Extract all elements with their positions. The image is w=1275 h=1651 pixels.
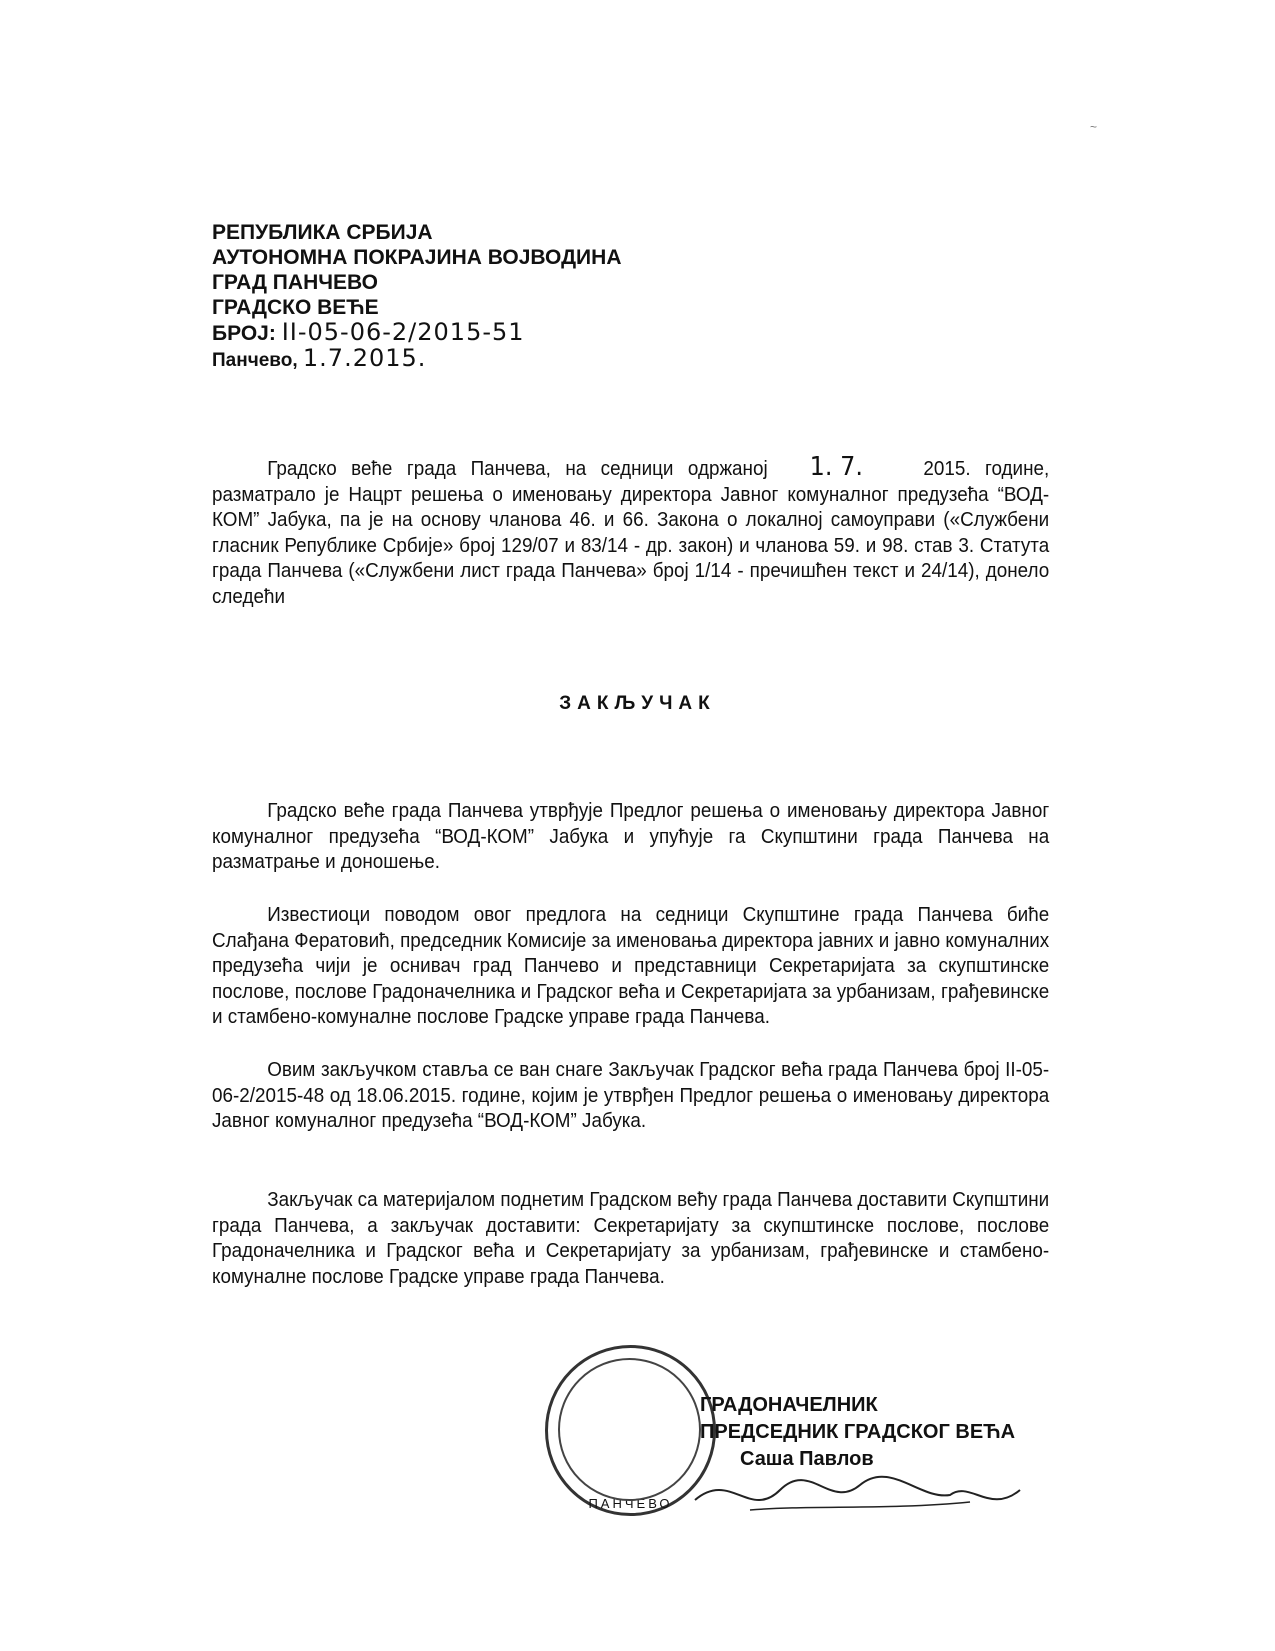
- paragraph-text: Известиоци поводом овог предлога на седн…: [212, 903, 1049, 1028]
- signature-title-president: ПРЕДСЕДНИК ГРАДСКОГ ВЕЋА: [700, 1419, 1015, 1446]
- number-label: БРОЈ:: [212, 322, 276, 345]
- paragraph-text: Овим закључком ставља се ван снаге Закљу…: [212, 1058, 1049, 1132]
- paragraph-text: Градско веће града Панчева утврђује Пред…: [212, 799, 1049, 873]
- intro-paragraph: Градско веће града Панчева, на седници о…: [212, 455, 1049, 609]
- paragraph-3: Овим закључком ставља се ван снаге Закљу…: [212, 1057, 1049, 1134]
- document-date: Панчево, 1.7.2015.: [212, 346, 621, 373]
- handwritten-date: 1. 7.: [810, 455, 863, 481]
- handwritten-signature: [690, 1460, 1030, 1530]
- intro-text-1: Градско веће града Панчева, на седници о…: [267, 457, 767, 480]
- header-line-council: ГРАДСКО ВЕЋЕ: [212, 295, 621, 320]
- scan-mark: ~: [1090, 120, 1097, 134]
- document-title: ЗАКЉУЧАК: [0, 693, 1275, 715]
- header-line-province: АУТОНОМНА ПОКРАЈИНА ВОЈВОДИНА: [212, 245, 621, 270]
- paragraph-text: Закључак са материјалом поднетим Градско…: [212, 1188, 1049, 1288]
- number-value: II-05-06-2/2015-51: [282, 318, 525, 346]
- paragraph-4: Закључак са материјалом поднетим Градско…: [212, 1187, 1049, 1289]
- place-label: Панчево,: [212, 350, 298, 371]
- paragraph-2: Известиоци поводом овог предлога на седн…: [212, 902, 1049, 1030]
- stamp-text: ПАНЧЕВО: [548, 1496, 713, 1511]
- signature-title-mayor: ГРАДОНАЧЕЛНИК: [700, 1392, 1015, 1419]
- date-value: 1.7.2015.: [303, 344, 427, 372]
- document-number: БРОЈ: II-05-06-2/2015-51: [212, 320, 621, 346]
- document-header: РЕПУБЛИКА СРБИЈА АУТОНОМНА ПОКРАЈИНА ВОЈ…: [212, 220, 621, 373]
- header-line-city: ГРАД ПАНЧЕВО: [212, 270, 621, 295]
- paragraph-1: Градско веће града Панчева утврђује Пред…: [212, 798, 1049, 875]
- header-line-republic: РЕПУБЛИКА СРБИЈА: [212, 220, 621, 245]
